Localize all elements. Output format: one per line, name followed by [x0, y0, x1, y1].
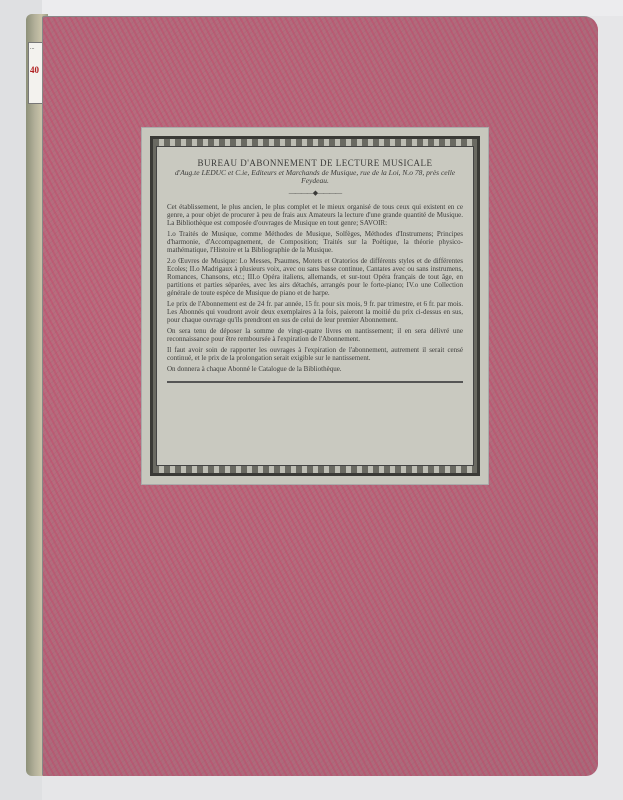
- label-publisher: d'Aug.te LEDUC et C.ie, Editeurs et Marc…: [167, 169, 463, 185]
- label-ornament: ————◆————: [167, 189, 463, 197]
- paragraph: Il faut avoir soin de rapporter les ouvr…: [167, 346, 463, 362]
- paragraph: On sera tenu de déposer la somme de ving…: [167, 327, 463, 343]
- label-title: BUREAU D'ABONNEMENT DE LECTURE MUSICALE: [167, 159, 463, 167]
- scan-background-top: [42, 0, 623, 16]
- paragraph: Cet établissement, le plus ancien, le pl…: [167, 203, 463, 227]
- label-text-area: BUREAU D'ABONNEMENT DE LECTURE MUSICALE …: [156, 146, 474, 466]
- paragraph: 1.o Traités de Musique, comme Méthodes d…: [167, 230, 463, 254]
- divider: [167, 381, 463, 383]
- spine-label-text: ...: [30, 45, 35, 51]
- cover-label: BUREAU D'ABONNEMENT DE LECTURE MUSICALE …: [142, 128, 488, 484]
- paragraph: Le prix de l'Abonnement est de 24 fr. pa…: [167, 300, 463, 324]
- paragraph: 2.o Œuvres de Musique: I.o Messes, Psaum…: [167, 257, 463, 297]
- paragraph: On donnera à chaque Abonné le Catalogue …: [167, 365, 463, 373]
